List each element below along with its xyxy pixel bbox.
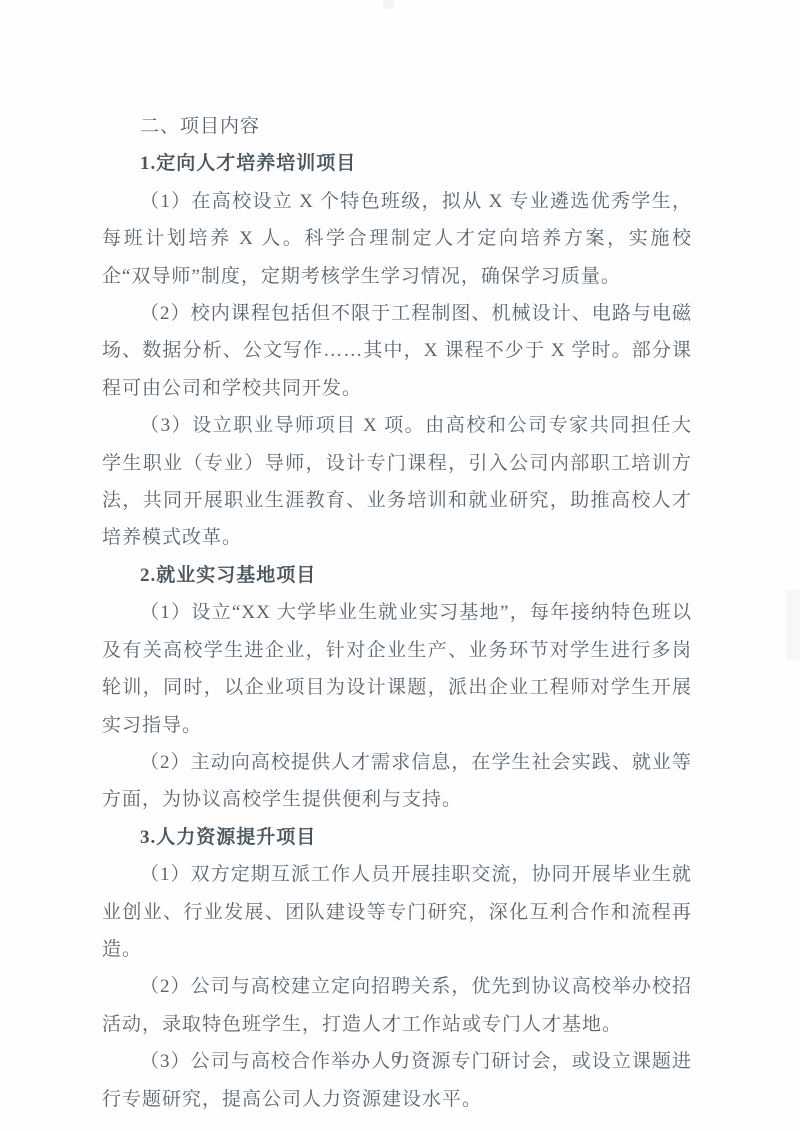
document-body: 二、项目内容 1.定向人才培养培训项目 （1）在高校设立 X 个特色班级，拟从 … [102, 108, 692, 1118]
page-number: - 6 - [363, 1048, 436, 1067]
page-footer: - 6 - [0, 1046, 800, 1070]
paragraph-3-1: （1）双方定期互派工作人员开展挂职交流，协同开展毕业生就业创业、行业发展、团队建… [102, 856, 692, 968]
scan-artifact-right [786, 590, 800, 660]
scan-artifact-top [383, 0, 394, 9]
paragraph-2-1: （1）设立“XX 大学毕业生就业实习基地”，每年接纳特色班以及有关高校学生进企业… [102, 594, 692, 744]
subsection-heading-2: 2.就业实习基地项目 [102, 557, 692, 594]
paragraph-2-2: （2）主动向高校提供人才需求信息，在学生社会实践、就业等方面，为协议高校学生提供… [102, 744, 692, 819]
subsection-heading-3: 3.人力资源提升项目 [102, 819, 692, 856]
paragraph-1-3: （3）设立职业导师项目 X 项。由高校和公司专家共同担任大学生职业（专业）导师，… [102, 407, 692, 557]
paragraph-3-2: （2）公司与高校建立定向招聘关系，优先到协议高校举办校招活动，录取特色班学生，打… [102, 968, 692, 1043]
paragraph-1-2: （2）校内课程包括但不限于工程制图、机械设计、电路与电磁场、数据分析、公文写作…… [102, 295, 692, 407]
section-title: 二、项目内容 [102, 108, 692, 145]
subsection-heading-1: 1.定向人才培养培训项目 [102, 145, 692, 182]
paragraph-1-1: （1）在高校设立 X 个特色班级，拟从 X 专业遴选优秀学生，每班计划培养 X … [102, 183, 692, 295]
